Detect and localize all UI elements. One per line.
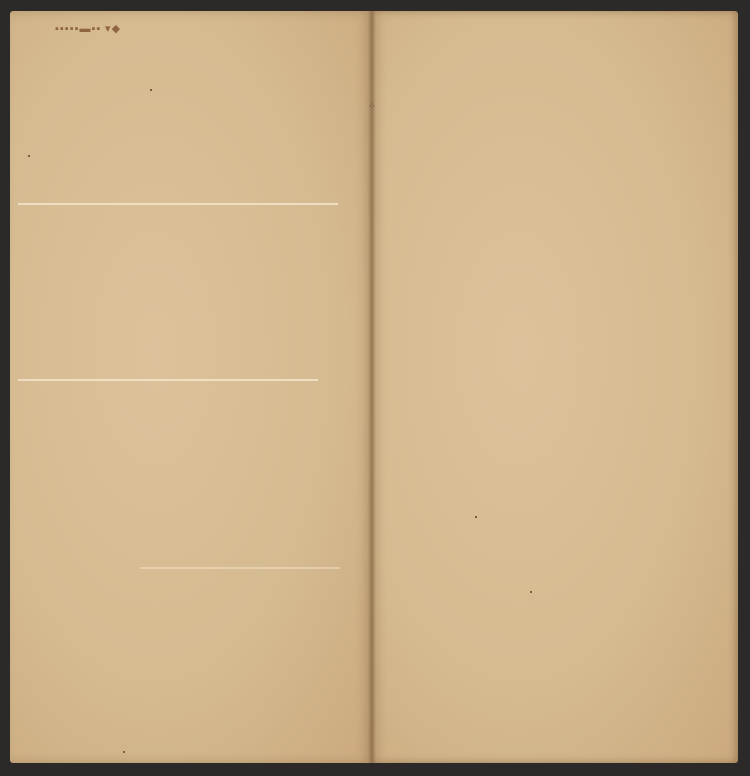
left-page xyxy=(10,11,372,763)
gutter xyxy=(368,11,376,763)
fold-crease xyxy=(140,567,340,569)
gutter-mark: ⁘ xyxy=(368,101,376,112)
speck xyxy=(150,89,152,91)
book-spread: illegible faded handwriting ▪▪▪▪▪▬▪▪ ▾◆ … xyxy=(10,11,738,763)
speck xyxy=(123,751,125,753)
fold-crease xyxy=(18,379,318,381)
ink-marking: ▪▪▪▪▪▬▪▪ ▾◆ xyxy=(55,22,121,35)
right-page xyxy=(372,11,738,763)
speck xyxy=(530,591,532,593)
fold-crease xyxy=(18,203,338,205)
speck xyxy=(475,516,477,518)
speck xyxy=(28,155,30,157)
